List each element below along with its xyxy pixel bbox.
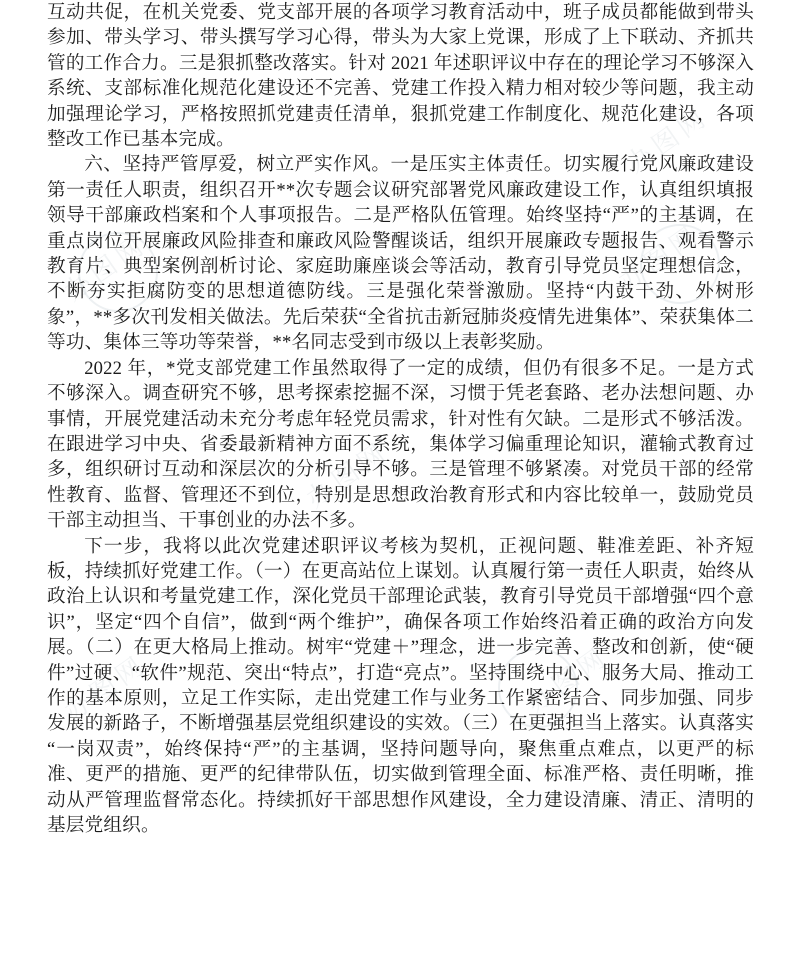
paragraph: 互动共促，在机关党委、党支部开展的各项学习教育活动中，班子成员都能做到带头参加、… (47, 0, 754, 152)
paragraph: 六、坚持严管厚爱，树立严实作风。一是压实主体责任。切实履行党风廉政建设第一责任人… (47, 152, 754, 355)
document-body: 互动共促，在机关党委、党支部开展的各项学习教育活动中，班子成员都能做到带头参加、… (47, 0, 754, 838)
document-page: 办图网 办图网 办图网 办图网 办图网 办图网 互动共促，在机关党委、党支部开展… (0, 0, 800, 958)
paragraph: 下一步，我将以此次党建述职评议考核为契机，正视问题、鞋准差距、补齐短板，持续抓好… (47, 534, 754, 839)
paragraph: 2022 年，*党支部党建工作虽然取得了一定的成绩，但仍有很多不足。一是方式不够… (47, 356, 754, 534)
